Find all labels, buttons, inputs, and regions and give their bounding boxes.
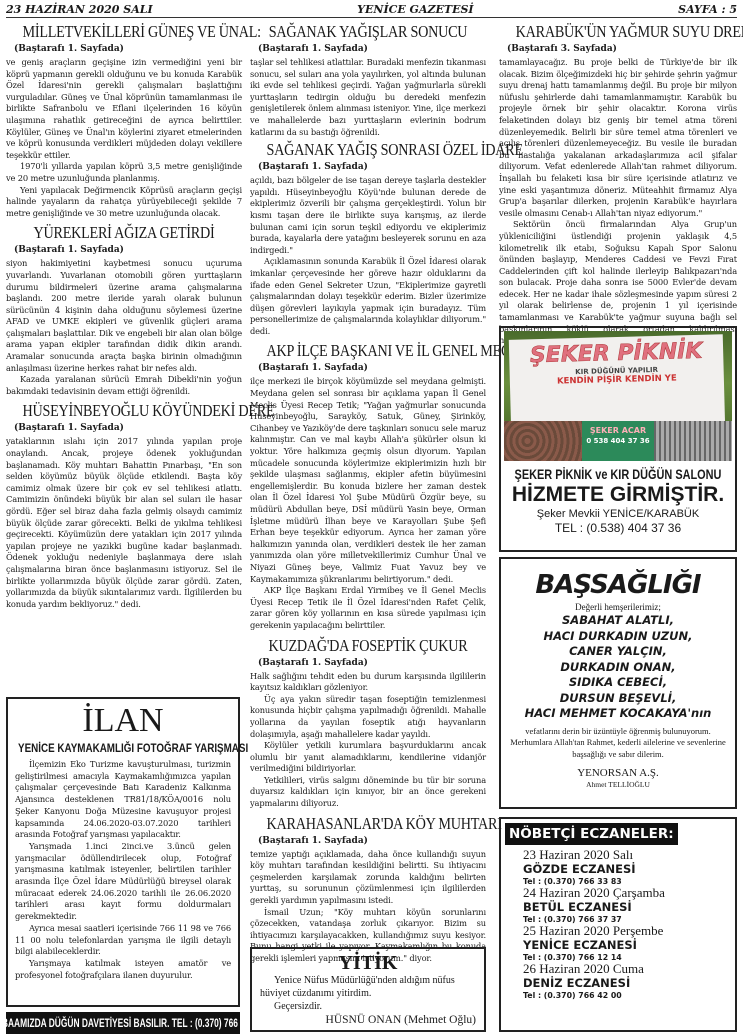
continuation-note: (Baştarafı 1. Sayfada) [14,244,242,256]
paragraph: Yarışmaya katılmak isteyen amatör ve pro… [15,958,231,981]
deceased-name: HACI MEHMET KOCAKAYA'nın [505,706,731,722]
headline: SAĞANAK YAĞIŞ SONRASI ÖZEL İDARE [267,140,470,160]
banner-photo-strip: ŞEKER ACAR 0 538 404 37 36 [504,421,732,461]
paragraph: Yarışmada 1.inci 2inci.ve 3.üncü gelen y… [15,841,231,923]
grill-image [654,421,732,461]
headline: KARABÜK'ÜN YAĞMUR SUYU DRENAJ [516,22,721,42]
notice-subtitle: YENİCE KAYMAKAMLIĞI FOTOĞRAF YARIŞMASI [18,741,228,755]
article-huseyinbeyoglu: HÜSEYİNBEYOĞLU KÖYÜNDEKİ DERE (Baştarafı… [6,401,242,610]
paragraph: ilçe merkezi ile birçok köyümüzde sel me… [250,376,486,585]
deceased-name: CANER YALÇIN, [505,644,731,660]
column-3: KARABÜK'ÜN YAĞMUR SUYU DRENAJ (Baştarafı… [499,22,737,347]
deceased-name: DURSUN BEŞEVLİ, [505,691,731,707]
article-kuzdag: KUZDAĞ'DA FOSEPTİK ÇUKUR (Baştarafı 1. S… [250,636,486,810]
paragraph: Kazada yaralanan sürücü Emrah Dibekli'ni… [6,374,242,397]
paragraph: Köylüler yetkili kurumlara başvurdukları… [250,740,486,775]
condolence-ad: BAŞSAĞLIĞI Değerli hemşerilerimiz; SABAH… [499,557,737,809]
ad-phone: TEL : (0.538) 404 37 36 [504,521,732,536]
pharmacy-entry: 25 Haziran 2020 Perşembe YENİCE ECZANESİ… [523,924,731,962]
paragraph: Üç aya yakın süredir taşan foseptiğin te… [250,694,486,740]
paragraph: Yetkilileri, virüs salgını döneminde bu … [250,775,486,810]
pharmacy-list: 23 Haziran 2020 Salı GÖZDE ECZANESİ Tel … [505,848,731,1000]
ad-line-1: ŞEKER PİKNİK ve KIR DÜĞÜN SALONU [506,465,731,483]
notice-photo-contest: İLAN YENİCE KAYMAKAMLIĞI FOTOĞRAF YARIŞM… [6,697,240,1007]
condolence-person: Ahmet TELLİOĞLU [505,780,731,790]
condolence-company: YENORSAN A.Ş. [505,766,731,780]
continuation-note: (Baştarafı 1. Sayfada) [14,43,242,55]
pharmacy-entry: 23 Haziran 2020 Salı GÖZDE ECZANESİ Tel … [523,848,731,886]
continuation-note: (Baştarafı 1. Sayfada) [258,657,486,669]
continuation-note: (Baştarafı 1. Sayfada) [14,422,242,434]
condolence-salutation: Değerli hemşerilerimiz; [505,601,731,613]
lost-notice-invalid: Geçersizdir. [260,1000,476,1013]
continuation-note: (Baştarafı 1. Sayfada) [258,362,486,374]
paragraph: yataklarının ıslahı için 2017 yılında ya… [6,436,242,610]
paragraph: İlçemizin Eko Turizme kavuşturulması, tu… [15,759,231,841]
ad-photo-banner: ŞEKER PİKNİK KIR DÜĞÜNÜ YAPILIR KENDİN P… [504,331,732,461]
paragraph: AKP İlçe Başkanı Erdal Yirmibeş ve İl Ge… [250,585,486,631]
pharmacy-date: 23 Haziran 2020 Salı [523,848,731,862]
notice-title: İLAN [15,703,231,739]
paragraph: Yeni yapılacak Değirmencik Köprüsü araçl… [6,185,242,220]
pharmacy-name: DENİZ ECZANESİ [523,976,731,991]
deceased-name: DURKADIN ONAN, [505,660,731,676]
pharmacy-date: 25 Haziran 2020 Perşembe [523,924,731,938]
article-ozel-idare: SAĞANAK YAĞIŞ SONRASI ÖZEL İDARE (Baştar… [250,140,486,337]
food-image [504,421,582,461]
paragraph: Halk sağlığını tehdit eden bu durum karş… [250,671,486,694]
lost-notice-signature: HÜSNÜ ONAN (Mehmet Oğlu) [260,1013,476,1027]
deceased-name: HACI DURKADIN UZUN, [505,629,731,645]
pharmacy-entry: 26 Haziran 2020 Cuma DENİZ ECZANESİ Tel … [523,962,731,1000]
banner-owner: ŞEKER ACAR [582,426,654,435]
page-number: SAYFA : 5 [678,3,737,16]
continuation-note: (Baştarafı 1. Sayfada) [258,835,486,847]
headline: KUZDAĞ'DA FOSEPTİK ÇUKUR [267,636,470,656]
deceased-name: SIDIKA CEBECİ, [505,675,731,691]
continuation-note: (Baştarafı 1. Sayfada) [258,43,486,55]
condolence-message: vefatlarını derin bir üzüntüyle öğrenmiş… [505,726,731,761]
column-1: MİLLETVEKİLLERİ GÜNEŞ VE ÜNAL: (Baştaraf… [6,22,242,610]
paragraph: siyon hakimiyetini kaybetmesi sonucu uçu… [6,258,242,374]
newspaper-name: YENİCE GAZETESİ [357,3,473,16]
ad-seker-piknik: ŞEKER PİKNİK KIR DÜĞÜNÜ YAPILIR KENDİN P… [499,326,737,552]
article-saganak-yagislar: SAĞANAK YAĞIŞLAR SONUCU (Baştarafı 1. Sa… [250,22,486,138]
pharmacy-date: 24 Haziran 2020 Çarşamba [523,886,731,900]
banner-contact: ŞEKER ACAR 0 538 404 37 36 [582,421,654,461]
pharmacy-name: YENİCE ECZANESİ [523,938,731,953]
ad-line-2: HİZMETE GİRMİŞTİR. [504,483,732,507]
continuation-note: (Baştarafı 3. Sayfada) [507,43,737,55]
headline: MİLLETVEKİLLERİ GÜNEŞ VE ÜNAL: [23,22,226,42]
paragraph: Açıklamasının sonunda Karabük İl Özel İd… [250,256,486,337]
lost-notice: YİTİK Yenice Nüfus Müdürlüğü'nden aldığı… [250,947,486,1032]
pharmacy-name: BETÜL ECZANESİ [523,900,731,915]
article-milletvekilleri: MİLLETVEKİLLERİ GÜNEŞ VE ÜNAL: (Baştaraf… [6,22,242,219]
pharmacy-date: 26 Haziran 2020 Cuma [523,962,731,976]
masthead: 23 HAZİRAN 2020 SALI YENİCE GAZETESİ SAY… [6,2,737,18]
paragraph: ve geniş araçların geçişine izin vermedi… [6,57,242,161]
paragraph: açıldı, bazı bölgeler de ise taşan derey… [250,175,486,256]
deceased-name: SABAHAT ALATLI, [505,613,731,629]
column-2: SAĞANAK YAĞIŞLAR SONUCU (Baştarafı 1. Sa… [250,22,486,965]
pharmacy-entry: 24 Haziran 2020 Çarşamba BETÜL ECZANESİ … [523,886,731,924]
article-karahasanlar: KARAHASANLAR'DA KÖY MUHTARI (Baştarafı 1… [250,814,486,965]
print-shop-text: MATBAAMIZDA DÜĞÜN DAVETİYESİ BASILIR. TE… [6,1016,240,1030]
paragraph: taşlar sel tehlikesi atlattılar. Buradak… [250,57,486,138]
headline: YÜREKLERİ AĞIZA GETİRDİ [23,223,226,243]
article-akp-ilce: AKP İLÇE BAŞKANI VE İL GENEL MECLİS (Baş… [250,341,486,631]
lost-notice-text: Yenice Nüfus Müdürlüğü'nden aldığım nüfu… [260,974,476,1000]
duty-pharmacies: NÖBETÇİ ECZANELER: 23 Haziran 2020 Salı … [499,817,737,1032]
paragraph: Ayrıca mesai saatleri içerisinde 766 11 … [15,923,231,958]
headline: SAĞANAK YAĞIŞLAR SONUCU [267,22,470,42]
headline: KARAHASANLAR'DA KÖY MUHTARI [267,814,470,834]
print-shop-banner: MATBAAMIZDA DÜĞÜN DAVETİYESİ BASILIR. TE… [6,1012,240,1034]
continuation-note: (Baştarafı 1. Sayfada) [258,161,486,173]
pharmacy-name: GÖZDE ECZANESİ [523,862,731,877]
paragraph: 1970'li yıllarda yapılan köprü 3,5 metre… [6,161,242,184]
issue-date: 23 HAZİRAN 2020 SALI [6,3,153,16]
lost-notice-title: YİTİK [260,952,476,974]
pharmacies-header: NÖBETÇİ ECZANELER: [505,823,678,845]
banner-phone: 0 538 404 37 36 [582,437,654,445]
headline: AKP İLÇE BAŞKANI VE İL GENEL MECLİS [267,341,470,361]
headline: HÜSEYİNBEYOĞLU KÖYÜNDEKİ DERE [23,401,226,421]
ad-address: Şeker Mevkii YENİCE/KARABÜK [504,507,732,521]
article-yurekleri: YÜREKLERİ AĞIZA GETİRDİ (Baştarafı 1. Sa… [6,223,242,397]
paragraph: tamamlayacağız. Bu proje belki de Türkiy… [499,57,737,219]
paragraph: temize yaptığı açıklamada, daha önce kul… [250,849,486,907]
article-karabuk-drenaj: KARABÜK'ÜN YAĞMUR SUYU DRENAJ (Baştarafı… [499,22,737,347]
condolence-title: BAŞSAĞLIĞI [505,569,731,601]
pharmacy-phone: Tel : (0.370) 766 42 00 [523,991,731,1001]
